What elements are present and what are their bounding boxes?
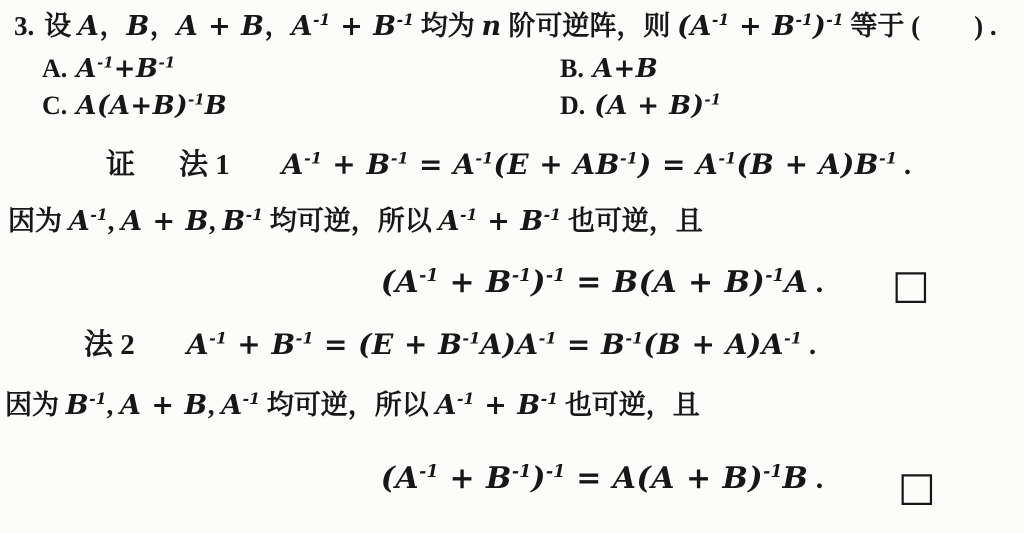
method2-derivation-line: 法 2A-1 + B-1 = (E + B-1A)A-1 = B-1(B + A… [84, 327, 816, 365]
scanned-solution-page: 3.设 A，B，A + B，A-1 + B-1 均为 n 阶可逆阵，则 (A-1… [0, 0, 1024, 533]
method2-reasoning: 因为 B-1, A + B, A-1 均可逆，所以 A-1 + B-1 也可逆，… [5, 388, 700, 423]
option-a-text: A-1+B-1 [76, 54, 175, 83]
option-b-text: A+B [593, 54, 658, 83]
problem-number: 3. [14, 11, 34, 41]
method1-derivation-line: 证法 1A-1 + B-1 = A-1(E + AB-1) = A-1(B + … [106, 147, 911, 185]
option-a: A.A-1+B-1 [42, 54, 560, 84]
method1-conclusion: (A-1 + B-1)-1 = B(A + B)-1A . [381, 266, 824, 299]
method2-conclusion-line: (A-1 + B-1)-1 = A(A + B)-1B . □ [0, 459, 1024, 498]
option-c: C.A(A+B)-1B [42, 91, 560, 121]
qed-box-icon: □ [892, 265, 930, 305]
method2-label: 法 2 [84, 329, 135, 361]
method2-conclusion: (A-1 + B-1)-1 = A(A + B)-1B . [381, 462, 824, 495]
problem-statement-text: 设 A，B，A + B，A-1 + B-1 均为 n 阶可逆阵，则 (A-1 +… [44, 11, 996, 41]
qed-box-icon: □ [898, 467, 936, 507]
option-a-label: A. [42, 54, 67, 83]
option-d: D.(A + B)-1 [560, 91, 1024, 121]
option-d-label: D. [560, 91, 585, 120]
method1-reasoning: 因为 A-1, A + B, B-1 均可逆，所以 A-1 + B-1 也可逆，… [8, 204, 703, 239]
proof-label: 证 [106, 149, 135, 181]
problem-statement: 3.设 A，B，A + B，A-1 + B-1 均为 n 阶可逆阵，则 (A-1… [14, 9, 997, 44]
option-b: B.A+B [560, 54, 1024, 84]
method1-derivation: A-1 + B-1 = A-1(E + AB-1) = A-1(B + A)B-… [282, 150, 911, 181]
method1-label: 法 1 [179, 149, 230, 181]
option-b-label: B. [560, 54, 584, 83]
option-c-label: C. [42, 91, 67, 120]
options-list: A.A-1+B-1 B.A+B C.A(A+B)-1B D.(A + B)-1 [0, 54, 1024, 121]
method1-conclusion-line: (A-1 + B-1)-1 = B(A + B)-1A . □ [0, 263, 1024, 302]
option-d-text: (A + B)-1 [594, 91, 721, 120]
method2-derivation: A-1 + B-1 = (E + B-1A)A-1 = B-1(B + A)A-… [187, 330, 816, 361]
option-c-text: A(A+B)-1B [76, 91, 227, 120]
